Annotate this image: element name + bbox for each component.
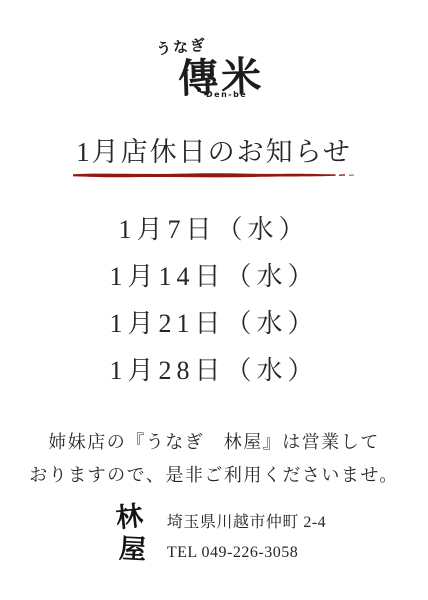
holiday-date-list: 1月7日（水） 1月14日（水） 1月21日（水） 1月28日（水） bbox=[0, 206, 428, 394]
notice-line: おりますので、是非ご利用くださいませ。 bbox=[0, 459, 428, 492]
sister-store-notice: 姉妹店の『うなぎ 林屋』は営業して おりますので、是非ご利用くださいませ。 bbox=[0, 426, 428, 492]
holiday-date: 1月14日（水） bbox=[0, 253, 428, 300]
logo-romaji: Den-be bbox=[206, 90, 247, 99]
holiday-date: 1月21日（水） bbox=[0, 300, 428, 347]
hayashiya-logo-char: 林 bbox=[114, 501, 144, 536]
address-text: 埼玉県川越市仲町 2-4 bbox=[167, 508, 326, 538]
notice-line: 姉妹店の『うなぎ 林屋』は営業して bbox=[0, 426, 428, 459]
footer-contact: 埼玉県川越市仲町 2-4 TEL 049-226-3058 bbox=[167, 508, 326, 568]
holiday-notice-poster: うなぎ 傳米 Den-be 1月店休日のお知らせ 1月7日（水） 1月14日（水… bbox=[0, 0, 428, 600]
hayashiya-logo-char: 屋 bbox=[118, 533, 147, 566]
restaurant-logo: うなぎ 傳米 Den-be bbox=[0, 34, 428, 104]
page-title: 1月店休日のお知らせ bbox=[0, 130, 428, 169]
holiday-date: 1月28日（水） bbox=[0, 347, 428, 394]
restaurant-logo-inner: うなぎ 傳米 Den-be bbox=[148, 34, 280, 104]
brush-underline-decoration bbox=[73, 171, 357, 180]
tel-text: TEL 049-226-3058 bbox=[167, 538, 326, 568]
hayashiya-logo: 林 屋 bbox=[116, 502, 143, 566]
footer: 林 屋 埼玉県川越市仲町 2-4 TEL 049-226-3058 bbox=[0, 498, 428, 568]
holiday-date: 1月7日（水） bbox=[0, 206, 428, 253]
